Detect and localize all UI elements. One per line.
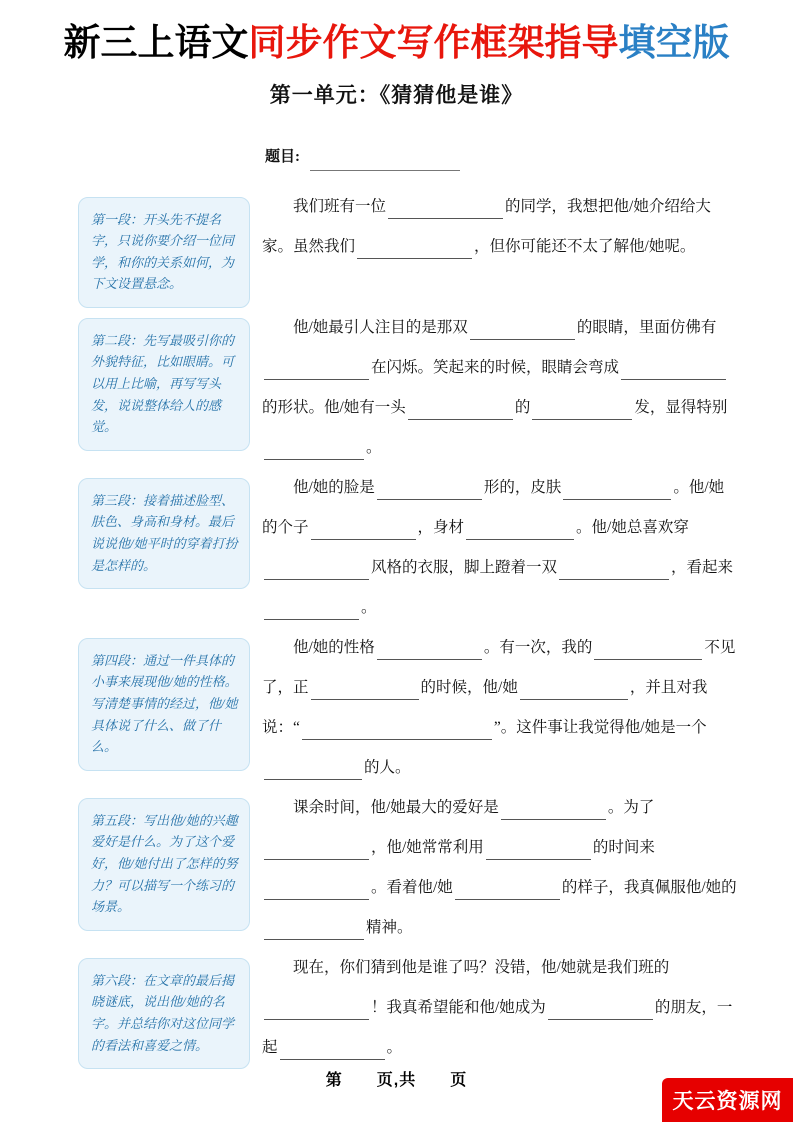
text-run: 。他/她总喜欢穿 <box>576 519 689 536</box>
text-run: 发，显得特别 <box>634 399 727 416</box>
paragraph-6-hint-box: 第六段：在文章的最后揭晓谜底，说出他/她的名字。并总结你对这位同学的看法和喜爱之… <box>78 958 250 1069</box>
fill-in-blank[interactable] <box>594 642 702 660</box>
paragraph-4-hint-box: 第四段：通过一件具体的小事来展现他/她的性格。写清楚事情的经过，他/她具体说了什… <box>78 638 250 771</box>
topic-blank-line[interactable] <box>310 153 460 171</box>
text-run: 。看着他/她 <box>371 879 453 896</box>
text-run: ，看起来 <box>671 559 733 576</box>
fill-in-blank[interactable] <box>621 362 726 380</box>
text-run: 。 <box>366 439 382 456</box>
section-row-5: 第五段：写出他/她的兴趣爱好是什么。为了这个爱好，他/她付出了怎样的努力？可以描… <box>78 798 738 948</box>
fill-in-blank[interactable] <box>264 922 364 940</box>
paragraph-1-hint-box: 第一段：开头先不提名字，只说你要介绍一位同学，和你的关系如何，为下文设置悬念。 <box>78 197 250 308</box>
section-row-2: 第二段：先写最吸引你的外貌特征，比如眼睛。可以用上比喻，再写写头发，说说整体给人… <box>78 318 738 468</box>
fill-in-blank[interactable] <box>486 842 591 860</box>
section-row-1: 第一段：开头先不提名字，只说你要介绍一位同学，和你的关系如何，为下文设置悬念。 … <box>78 197 738 308</box>
text-run: 我们班有一位 <box>293 198 386 215</box>
fill-in-blank[interactable] <box>455 882 560 900</box>
fill-in-blank[interactable] <box>311 522 416 540</box>
text-run: ”。这件事让我觉得他/她是一个 <box>494 719 707 736</box>
paragraph-3-hint-box: 第三段：接着描述脸型、肤色、身高和身材。最后说说他/她平时的穿着打扮是怎样的。 <box>78 478 250 589</box>
watermark-badge: 天云资源网 <box>662 1078 793 1122</box>
fill-in-blank[interactable] <box>264 882 369 900</box>
paragraph-6-text: 现在，你们猜到他是谁了吗？没错，他/她就是我们班的！我真希望能和他/她成为的朋友… <box>262 948 738 1068</box>
text-run: 的时间来 <box>593 839 655 856</box>
text-run: 课余时间，他/她最大的爱好是 <box>293 799 499 816</box>
fill-in-blank[interactable] <box>264 442 364 460</box>
paragraph-2-text: 他/她最引人注目的是那双的眼睛，里面仿佛有在闪烁。笑起来的时候，眼睛会弯成的形状… <box>262 308 738 468</box>
text-run: 的人。 <box>364 759 411 776</box>
fill-in-blank[interactable] <box>264 762 362 780</box>
title-part-red: 同步作文写作框架指导 <box>249 22 619 63</box>
sections-list: 第一段：开头先不提名字，只说你要介绍一位同学，和你的关系如何，为下文设置悬念。 … <box>78 197 738 1070</box>
text-run: 形的，皮肤 <box>484 479 562 496</box>
text-run: ！我真希望能和他/她成为 <box>371 999 546 1016</box>
fill-in-blank[interactable] <box>563 482 671 500</box>
text-run: 他/她的脸是 <box>293 479 375 496</box>
fill-in-blank[interactable] <box>264 562 369 580</box>
fill-in-blank[interactable] <box>377 482 482 500</box>
fill-in-blank[interactable] <box>264 842 369 860</box>
title-part-black: 新三上语文 <box>64 22 249 63</box>
fill-in-blank[interactable] <box>548 1002 653 1020</box>
topic-row: 题目: <box>265 145 793 171</box>
unit-subtitle: 第一单元：《猜猜他是谁》 <box>0 79 793 109</box>
page-title: 新三上语文同步作文写作框架指导填空版 <box>0 0 793 65</box>
fill-in-blank[interactable] <box>501 802 606 820</box>
text-run: 。 <box>387 1039 403 1056</box>
section-row-4: 第四段：通过一件具体的小事来展现他/她的性格。写清楚事情的经过，他/她具体说了什… <box>78 638 738 788</box>
topic-label: 题目: <box>265 149 300 165</box>
paragraph-5-text: 课余时间，他/她最大的爱好是。为了，他/她常常利用的时间来。看着他/她的样子，我… <box>262 788 738 948</box>
fill-in-blank[interactable] <box>264 362 369 380</box>
fill-in-blank[interactable] <box>302 722 492 740</box>
text-run: 的样子，我真佩服他/她的 <box>562 879 737 896</box>
text-run: 。有一次，我的 <box>484 639 593 656</box>
text-run: 的时候，他/她 <box>421 679 518 696</box>
fill-in-blank[interactable] <box>532 402 632 420</box>
text-run: 。为了 <box>608 799 655 816</box>
fill-in-blank[interactable] <box>520 682 628 700</box>
text-run: 的眼睛，里面仿佛有 <box>577 319 717 336</box>
text-run: 风格的衣服，脚上蹬着一双 <box>371 559 557 576</box>
paragraph-3-text: 他/她的脸是形的，皮肤。他/她的个子，身材。他/她总喜欢穿风格的衣服，脚上蹬着一… <box>262 468 738 628</box>
text-run: 精神。 <box>366 919 413 936</box>
fill-in-blank[interactable] <box>388 201 503 219</box>
text-run: 他/她最引人注目的是那双 <box>293 319 468 336</box>
text-run: 的 <box>515 399 531 416</box>
fill-in-blank[interactable] <box>559 562 669 580</box>
fill-in-blank[interactable] <box>311 682 419 700</box>
fill-in-blank[interactable] <box>280 1042 385 1060</box>
worksheet-page: 新三上语文同步作文写作框架指导填空版 第一单元：《猜猜他是谁》 题目: 第一段：… <box>0 0 793 1122</box>
paragraph-5-hint-box: 第五段：写出他/她的兴趣爱好是什么。为了这个爱好，他/她付出了怎样的努力？可以描… <box>78 798 250 931</box>
text-run: 的形状。他/她有一头 <box>262 399 406 416</box>
paragraph-4-text: 他/她的性格。有一次，我的不见了，正的时候，他/她，并且对我说：“”。这件事让我… <box>262 628 738 788</box>
text-run: ，但你可能还不太了解他/她呢。 <box>474 238 695 255</box>
paragraph-2-hint-box: 第二段：先写最吸引你的外貌特征，比如眼睛。可以用上比喻，再写写头发，说说整体给人… <box>78 318 250 451</box>
title-part-blue: 填空版 <box>619 22 730 63</box>
text-run: 。 <box>361 599 377 616</box>
fill-in-blank[interactable] <box>408 402 513 420</box>
section-row-6: 第六段：在文章的最后揭晓谜底，说出他/她的名字。并总结你对这位同学的看法和喜爱之… <box>78 958 738 1069</box>
fill-in-blank[interactable] <box>377 642 482 660</box>
fill-in-blank[interactable] <box>470 322 575 340</box>
fill-in-blank[interactable] <box>264 1002 369 1020</box>
fill-in-blank[interactable] <box>264 602 359 620</box>
paragraph-1-text: 我们班有一位的同学，我想把他/她介绍给大家。虽然我们，但你可能还不太了解他/她呢… <box>262 187 738 267</box>
section-row-3: 第三段：接着描述脸型、肤色、身高和身材。最后说说他/她平时的穿着打扮是怎样的。 … <box>78 478 738 628</box>
text-run: ，他/她常常利用 <box>371 839 484 856</box>
text-run: ，身材 <box>418 519 465 536</box>
text-run: 在闪烁。笑起来的时候，眼睛会弯成 <box>371 359 619 376</box>
fill-in-blank[interactable] <box>466 522 574 540</box>
fill-in-blank[interactable] <box>357 241 472 259</box>
text-run: 现在，你们猜到他是谁了吗？没错，他/她就是我们班的 <box>293 959 669 976</box>
text-run: 他/她的性格 <box>293 639 375 656</box>
